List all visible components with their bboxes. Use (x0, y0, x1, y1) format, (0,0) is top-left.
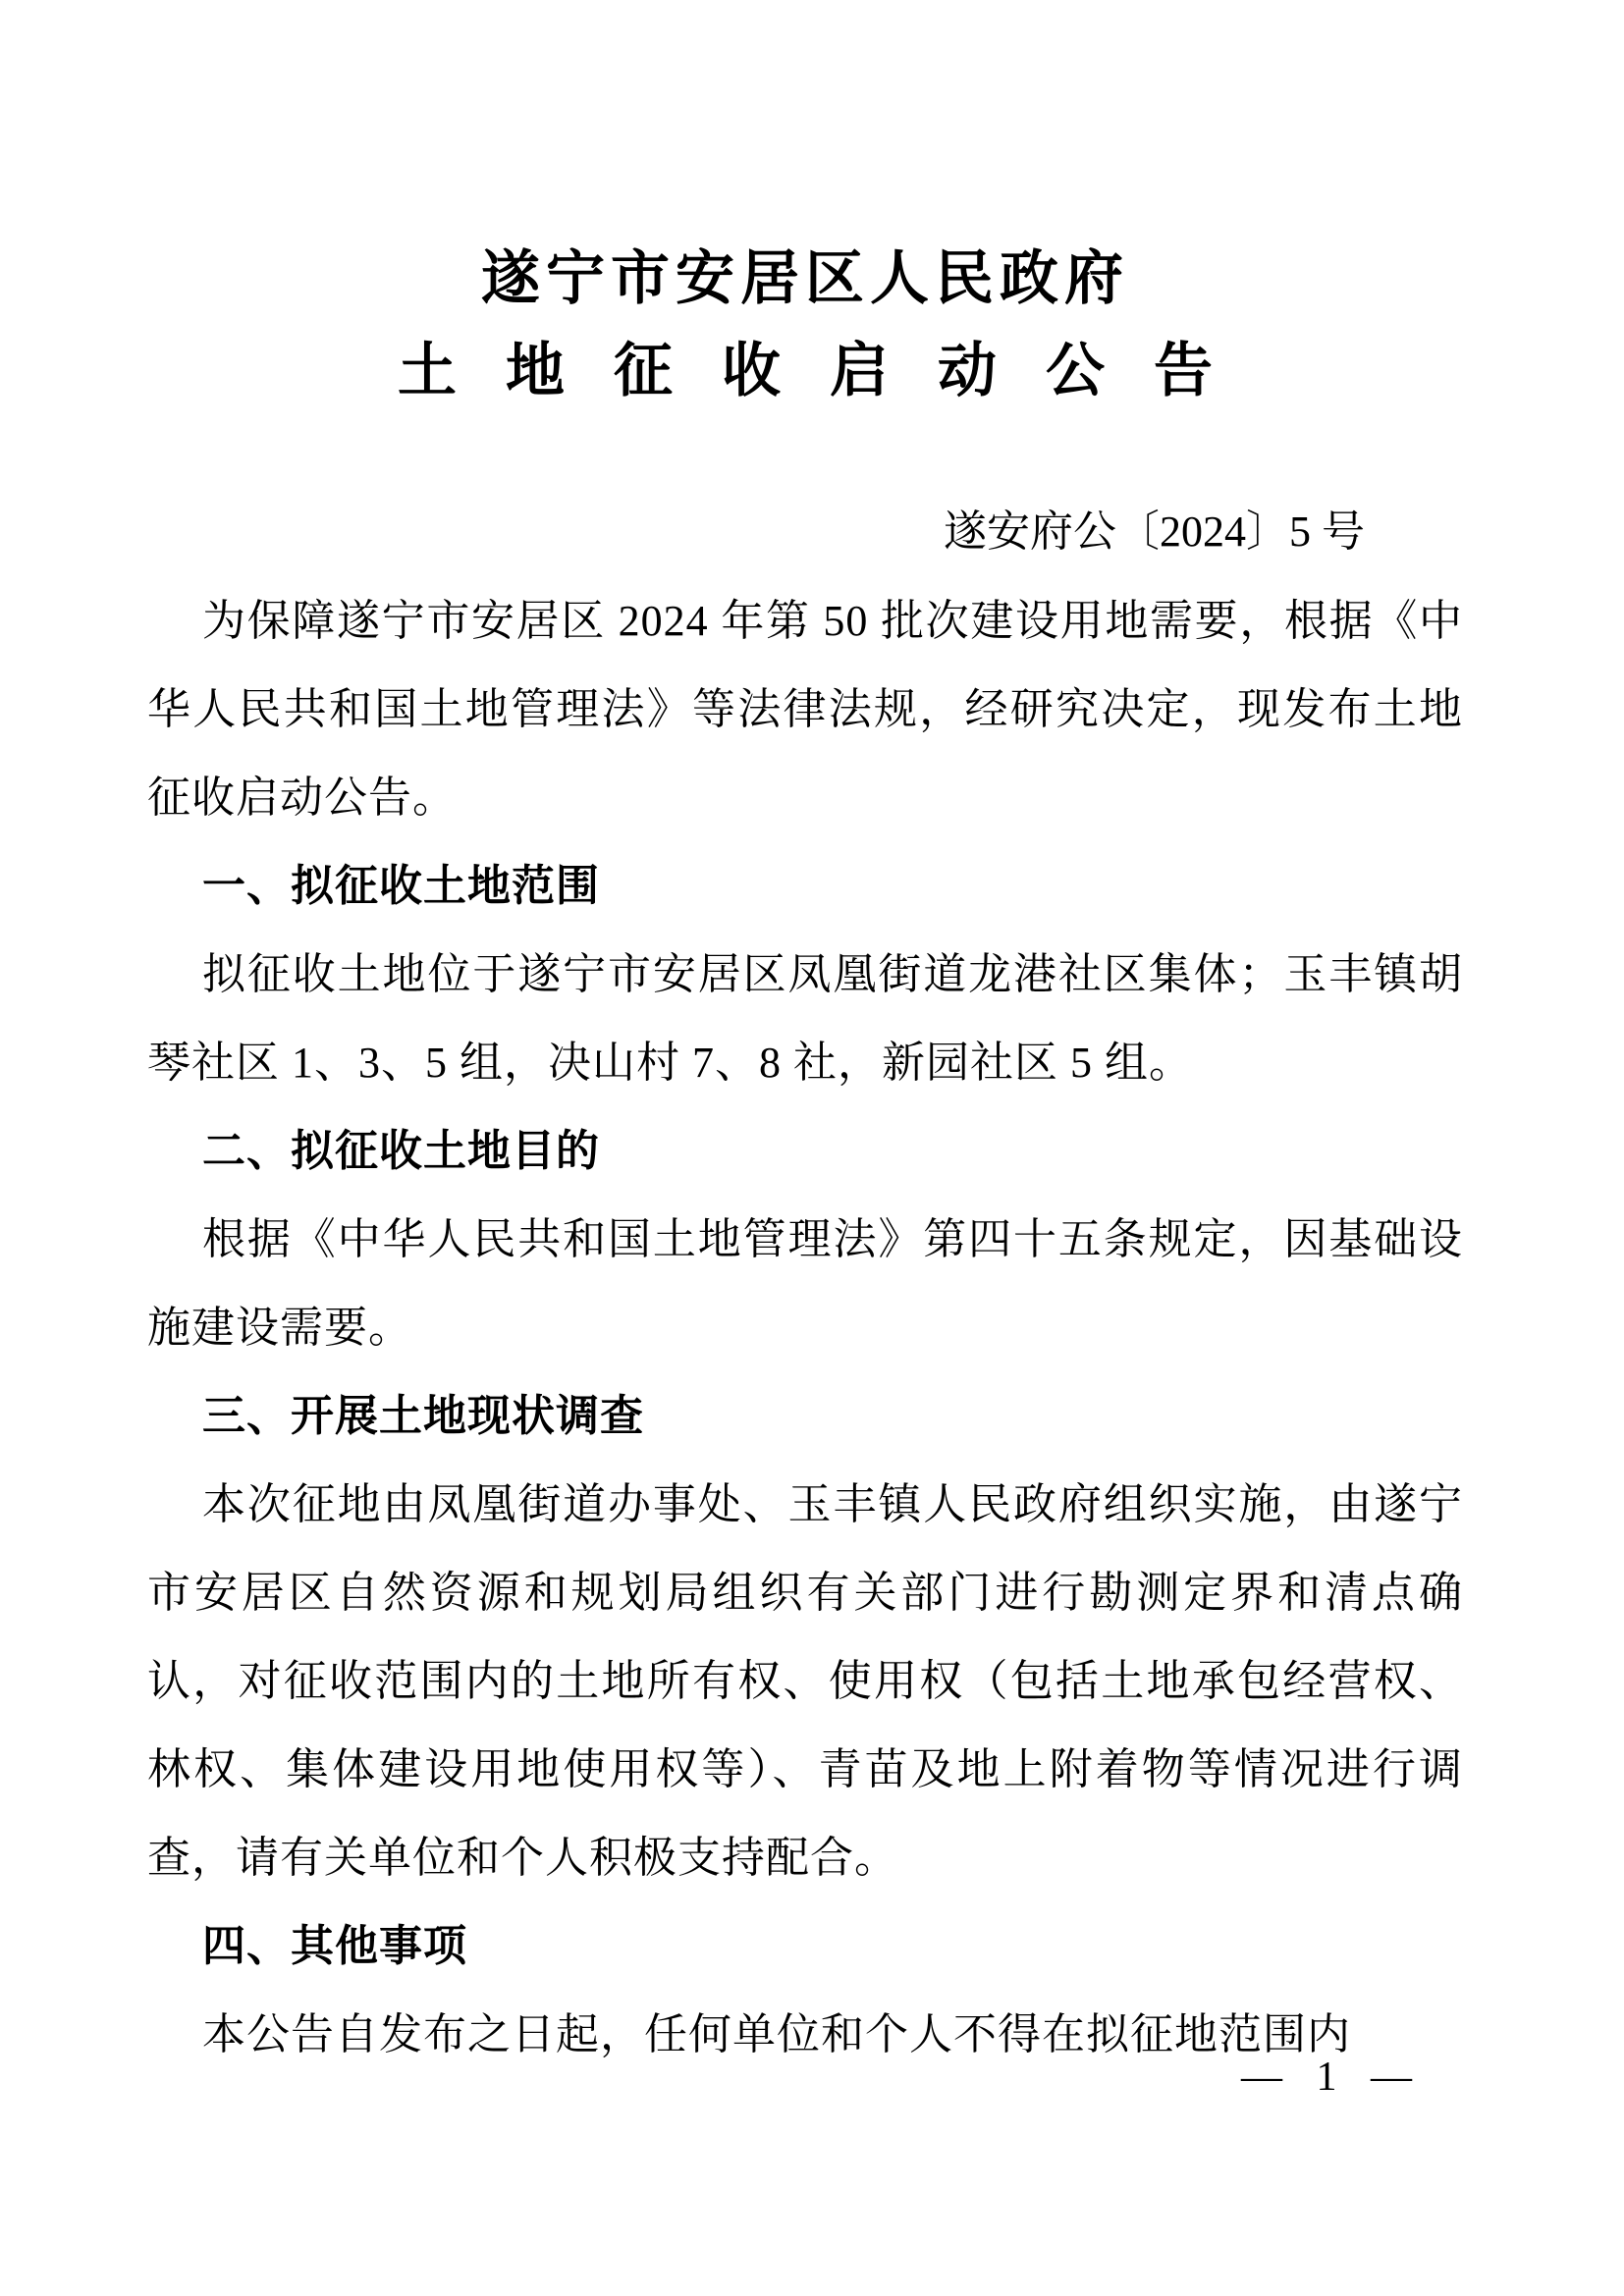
section-heading-4-other: 四、其他事项 (147, 1902, 1463, 1991)
document-page: 遂宁市安居区人民政府 土地征收启动公告 遂安府公〔2024〕5 号 为保障遂宁市… (0, 0, 1624, 2296)
document-body: 为保障遂宁市安居区 2024 年第 50 批次建设用地需要，根据《中华人民共和国… (147, 577, 1463, 2079)
paragraph-purpose: 根据《中华人民共和国土地管理法》第四十五条规定，因基础设施建设需要。 (147, 1196, 1463, 1372)
document-number: 遂安府公〔2024〕5 号 (147, 505, 1463, 560)
document-title-line1: 遂宁市安居区人民政府 (147, 243, 1463, 314)
paragraph-survey: 本次征地由凤凰街道办事处、玉丰镇人民政府组织实施，由遂宁市安居区自然资源和规划局… (147, 1461, 1463, 1902)
page-number: — 1 — (1241, 2054, 1424, 2101)
section-heading-1-scope: 一、拟征收土地范围 (147, 842, 1463, 931)
section-heading-2-purpose: 二、拟征收土地目的 (147, 1107, 1463, 1196)
section-heading-3-survey: 三、开展土地现状调查 (147, 1372, 1463, 1461)
document-title-line2: 土地征收启动公告 (147, 338, 1463, 404)
paragraph-intro: 为保障遂宁市安居区 2024 年第 50 批次建设用地需要，根据《中华人民共和国… (147, 577, 1463, 842)
paragraph-scope: 拟征收土地位于遂宁市安居区凤凰街道龙港社区集体；玉丰镇胡琴社区 1、3、5 组，… (147, 931, 1463, 1107)
